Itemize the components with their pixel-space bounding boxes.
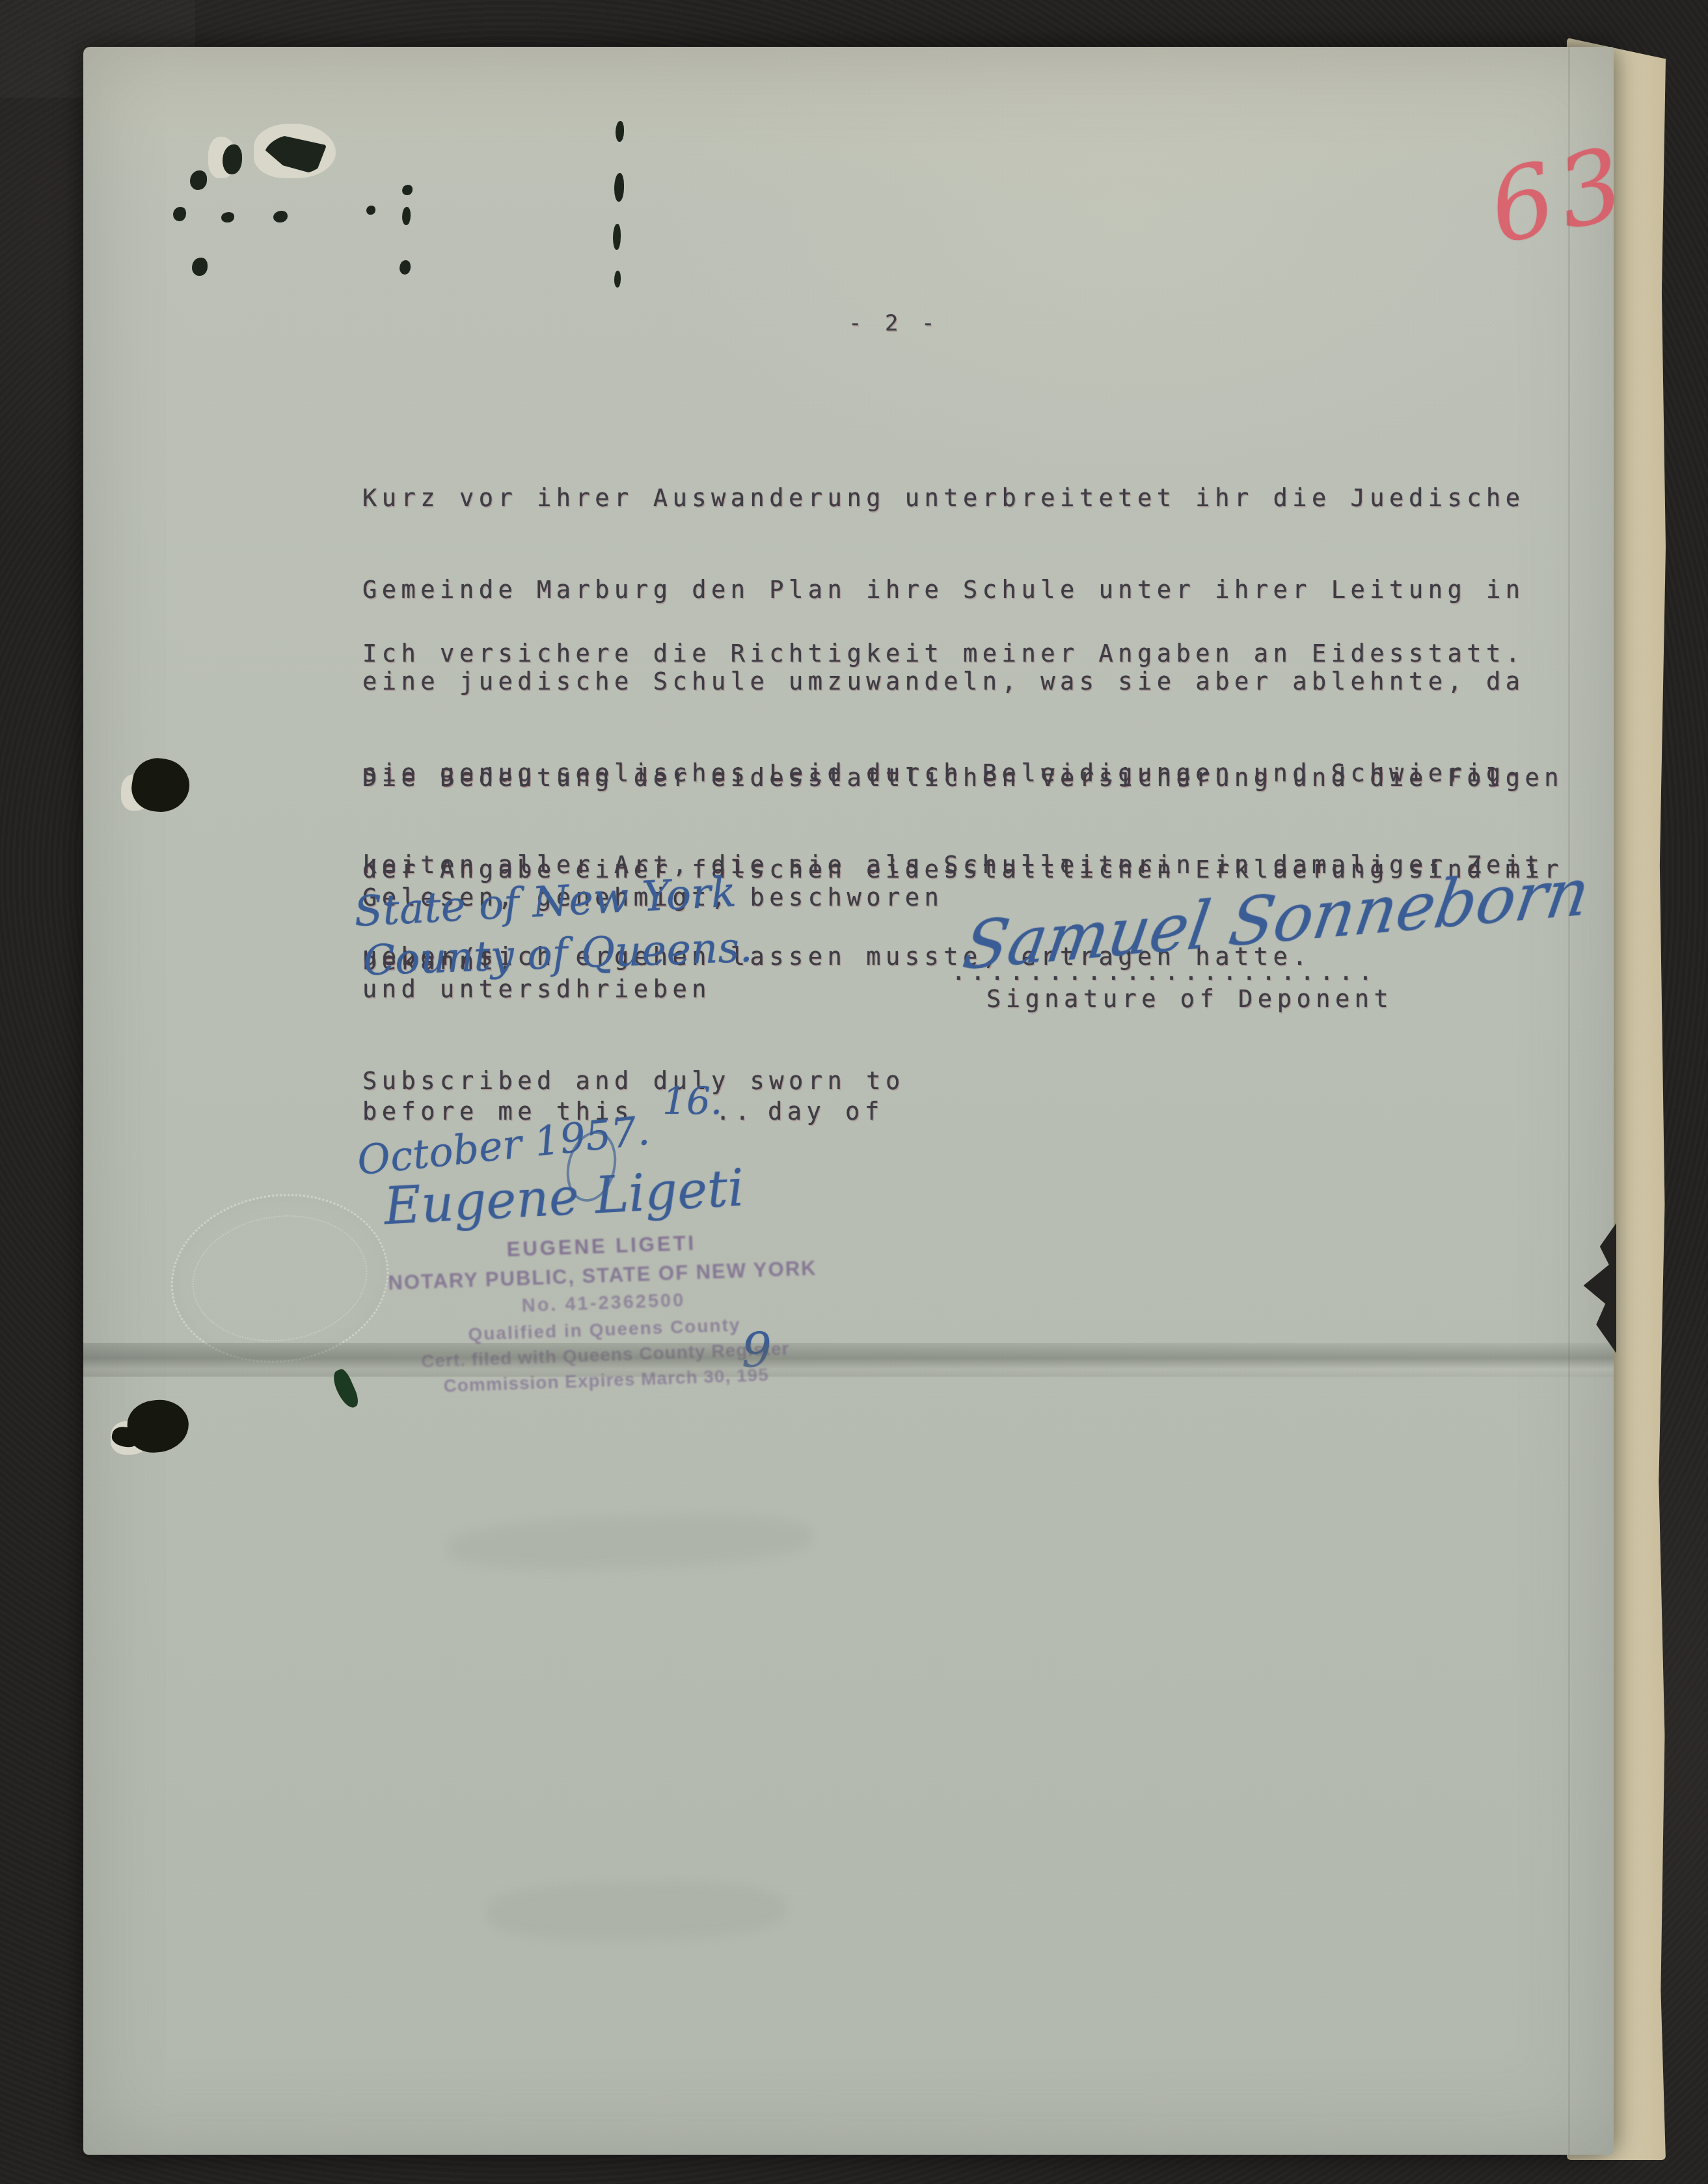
paper-damage-speck bbox=[190, 170, 207, 190]
scanner-dark-background: - 2 - 63 Kurz vor ihrer Auswanderung unt… bbox=[0, 0, 1708, 2184]
fold-crease-horizontal bbox=[83, 1343, 1614, 1377]
signature-caption: Signature of Deponent bbox=[986, 984, 1393, 1014]
paper-damage-speck bbox=[366, 206, 375, 215]
paragraph-2: Ich versichere die Richtigkeit meiner An… bbox=[362, 638, 1525, 669]
paper-damage-speck bbox=[273, 211, 288, 222]
paper-damage-speck bbox=[616, 121, 624, 142]
paper-damage-speck bbox=[173, 207, 186, 221]
right-edge-tear bbox=[1580, 1223, 1616, 1353]
paper-damage-speck bbox=[614, 271, 621, 288]
paragraph-1-line: Kurz vor ihrer Auswanderung unterbreitet… bbox=[362, 483, 1544, 513]
paragraph-1-line: Gemeinde Marburg den Plan ihre Schule un… bbox=[362, 574, 1544, 605]
paper-damage-speck bbox=[223, 144, 242, 174]
paper-damage-speck bbox=[613, 224, 621, 250]
paper-damage-speck bbox=[400, 260, 411, 275]
ghost-impression bbox=[447, 1509, 813, 1574]
paragraph-3-line: Die Bedeutung der eidesstattlichen Versi… bbox=[362, 762, 1564, 793]
fold-crease-vertical bbox=[1568, 47, 1570, 2155]
paper-damage-speck bbox=[192, 258, 208, 276]
sworn-line-2-suffix: day of bbox=[768, 1096, 884, 1127]
page-marker: - 2 - bbox=[848, 308, 940, 339]
signature-dotted-line: ...................... bbox=[951, 956, 1377, 987]
paragraph-1-line: eine juedische Schule umzuwandeln, was s… bbox=[362, 666, 1544, 697]
paper-damage-speck bbox=[402, 185, 413, 195]
paper-damage-speck bbox=[402, 207, 411, 225]
ink-hole-blob bbox=[125, 1397, 191, 1455]
affidavit-page-2: - 2 - 63 Kurz vor ihrer Auswanderung unt… bbox=[83, 47, 1614, 2155]
sworn-day-handwritten: 16. bbox=[662, 1079, 722, 1123]
ghost-impression bbox=[486, 1879, 787, 1943]
paper-damage-speck bbox=[614, 173, 624, 202]
paper-damage-speck bbox=[221, 212, 234, 222]
sworn-line-1: Subscribed and duly sworn to bbox=[362, 1066, 905, 1096]
